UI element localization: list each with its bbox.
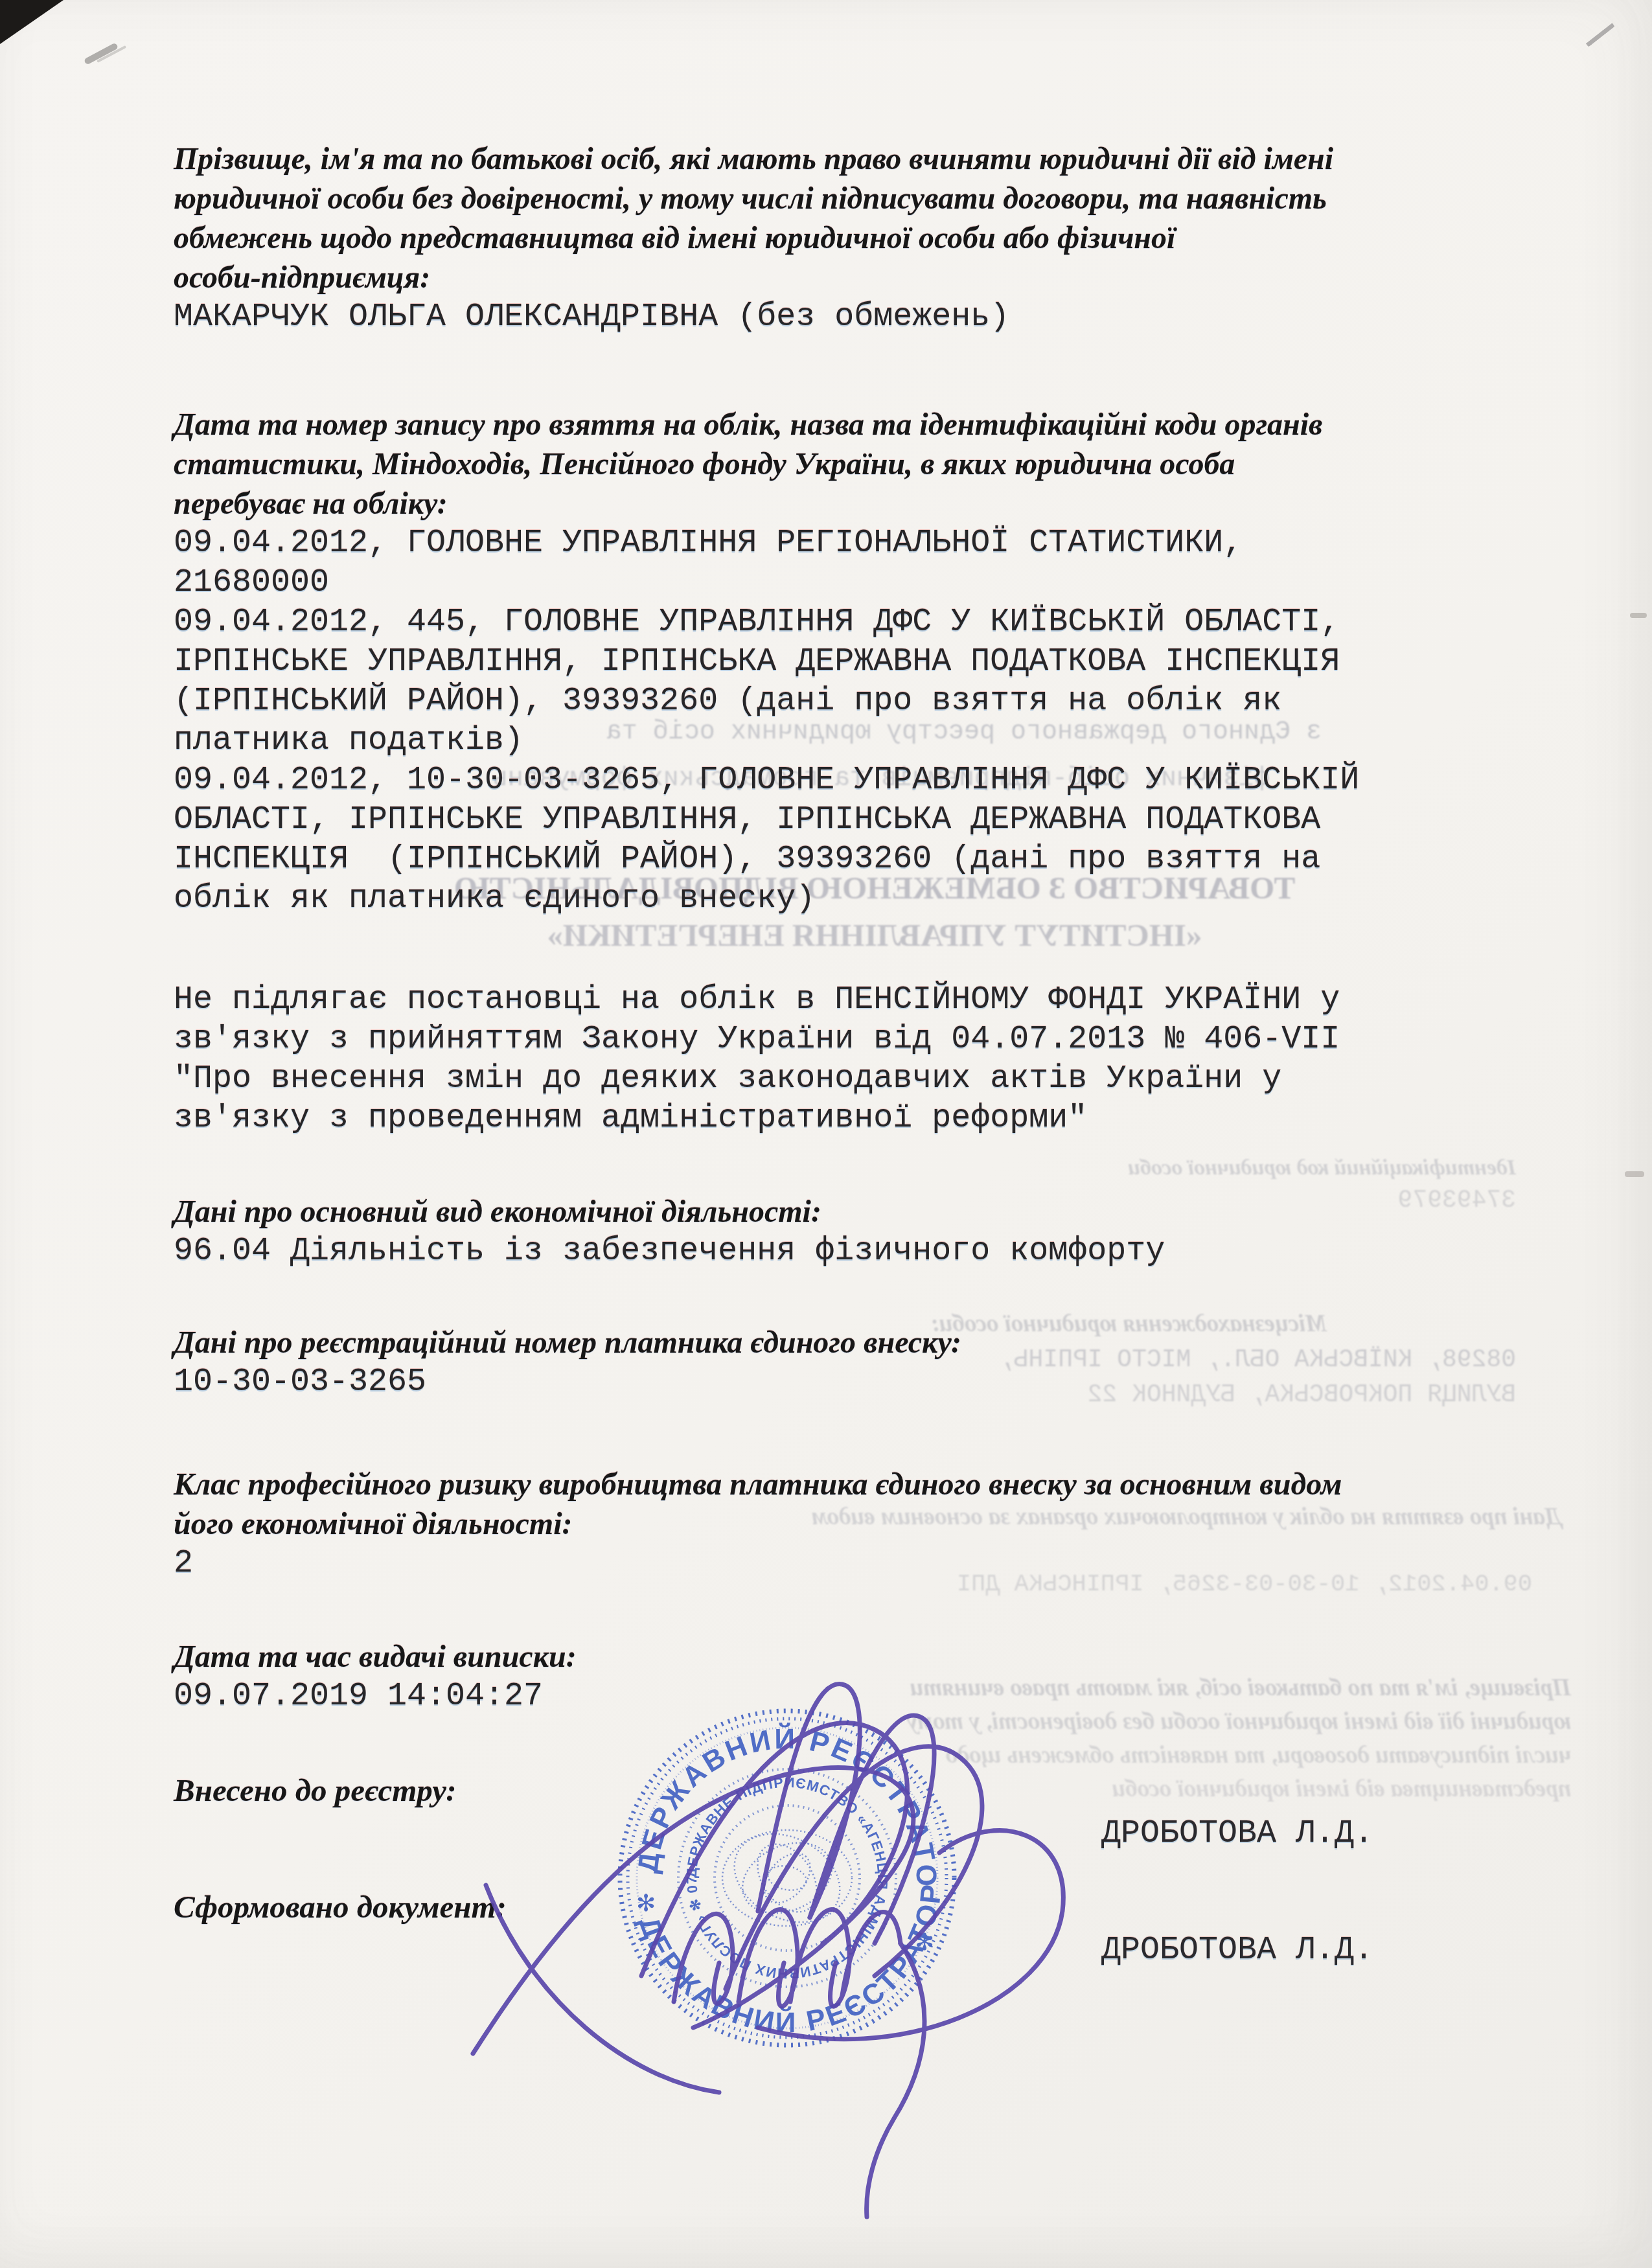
section-signatories: Прізвище, ім'я та по батькові осіб, які … [174, 139, 1469, 337]
section-single-contribution-number: Дані про реєстраційний номер платника єд… [174, 1323, 1469, 1402]
field-value: (ІРПІНСЬКИЙ РАЙОН), 39393260 (дані про в… [174, 682, 1469, 721]
field-value: 10-30-03-3265 [174, 1362, 1469, 1402]
field-value: МАКАРЧУК ОЛЬГА ОЛЕКСАНДРІВНА (без обмеже… [174, 297, 1469, 337]
field-heading: статистики, Міндоходів, Пенсійного фонду… [174, 444, 1469, 484]
section-risk-class: Клас професійного ризику виробництва пла… [174, 1465, 1469, 1583]
field-heading: Прізвище, ім'я та по батькові осіб, які … [174, 139, 1469, 179]
field-value: облік як платника єдиного внеску) [174, 879, 1469, 919]
field-heading: Дата та номер запису про взяття на облік… [174, 405, 1469, 444]
field-heading: особи-підприємця: [174, 258, 1469, 297]
seal-guilloche [719, 1816, 855, 1940]
signature [473, 1684, 1063, 2217]
registrar-name: ДРОБОТОВА Л.Д. [1101, 1932, 1373, 1969]
field-value: зв'язку з прийняттям Закону України від … [174, 1020, 1469, 1059]
entered-to-registry-label: Внесено до реєстру: [174, 1772, 457, 1809]
field-heading: Дані про основний вид економічної діяльн… [174, 1192, 1469, 1231]
registrar-name: ДРОБОТОВА Л.Д. [1101, 1815, 1373, 1852]
seal-ring-bottom-text: ДЕРЖАВНИЙ РЕЄСТРАТОР [632, 1881, 948, 2039]
scan-edge-mark [1625, 1171, 1644, 1177]
seal-star-right: ✻ [915, 1929, 934, 1955]
pen-tick-mark [1580, 16, 1615, 47]
field-value: 09.04.2012, ГОЛОВНЕ УПРАВЛІННЯ РЕГІОНАЛЬ… [174, 523, 1469, 563]
field-value: Не підлягає постановці на облік в ПЕНСІЙ… [174, 980, 1469, 1020]
field-heading: юридичної особи без довіреності, у тому … [174, 179, 1469, 218]
field-heading: перебуває на обліку: [174, 484, 1469, 523]
bleedthrough-line: «ІНСТИТУТ УПРАВЛІННЯ ЕНЕРГЕТИКИ» [389, 917, 1360, 954]
registrar-seal-and-signature: ДЕРЖАВНИЙ РЕЄСТРАТОР ДЕРЖАВНИЙ РЕЄСТРАТО… [447, 1639, 1134, 2222]
signature-stroke [739, 1910, 797, 2007]
field-value: ІРПІНСЬКЕ УПРАВЛІННЯ, ІРПІНСЬКА ДЕРЖАВНА… [174, 642, 1469, 682]
field-value: 96.04 Діяльність із забезпечення фізично… [174, 1231, 1469, 1271]
scan-corner-shadow [0, 0, 63, 44]
seal-star-left: ✻ [636, 1890, 656, 1916]
field-value: 09.04.2012, 445, ГОЛОВНЕ УПРАВЛІННЯ ДФС … [174, 602, 1469, 642]
section-pension-note: Не підлягає постановці на облік в ПЕНСІЙ… [174, 980, 1469, 1138]
field-heading: Дані про реєстраційний номер платника єд… [174, 1323, 1469, 1362]
field-value: платника податків) [174, 721, 1469, 761]
scan-edge-mark [1630, 613, 1647, 618]
field-value: ІНСПЕКЦІЯ (ІРПІНСЬКИЙ РАЙОН), 39393260 (… [174, 840, 1469, 879]
field-value: ОБЛАСТІ, ІРПІНСЬКЕ УПРАВЛІННЯ, ІРПІНСЬКА… [174, 800, 1469, 840]
scanned-document-page: з Єдиного державного реєстру юридичних о… [0, 0, 1652, 2268]
field-heading: обмежень щодо представництва від імені ю… [174, 218, 1469, 258]
bleedthrough-line: Ідентифікаційний код юридичної особи [1075, 1156, 1516, 1180]
section-economic-activity: Дані про основний вид економічної діяльн… [174, 1192, 1469, 1271]
field-value: 2 [174, 1544, 1469, 1583]
field-heading: Клас професійного ризику виробництва пла… [174, 1465, 1469, 1504]
section-registration-records: Дата та номер запису про взяття на облік… [174, 405, 1469, 919]
field-value: 09.04.2012, 10-30-03-3265, ГОЛОВНЕ УПРАВ… [174, 761, 1469, 800]
field-heading: його економічної діяльності: [174, 1504, 1469, 1544]
field-value: зв'язку з проведенням адміністративної р… [174, 1099, 1469, 1138]
field-value: 21680000 [174, 563, 1469, 602]
pen-smudge-mark [84, 42, 119, 65]
field-value: "Про внесення змін до деяких законодавчи… [174, 1059, 1469, 1099]
